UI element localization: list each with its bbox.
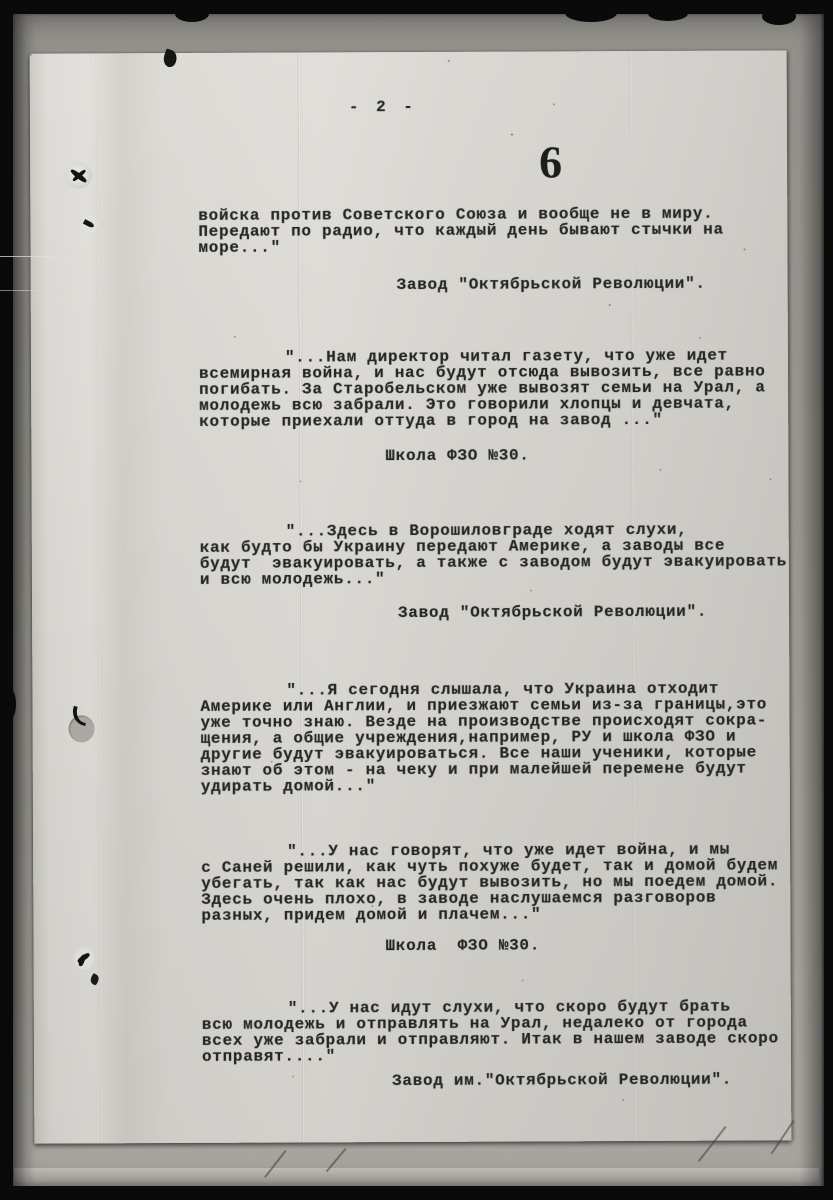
photo-frame-border [0, 0, 13, 1200]
photo-frame-border [0, 0, 833, 14]
frame-blemish [175, 6, 209, 22]
dust-speckles [30, 54, 32, 56]
section-number: 6 [539, 139, 562, 185]
punch-hole [80, 215, 98, 233]
scanned-document: - 2 - 6 войска против Советского Союза и… [0, 0, 833, 1200]
attribution-line: Завод "Октябрьской Революции". [398, 604, 707, 621]
attribution-line: Школа ФЗО №30. [385, 937, 540, 954]
frame-blemish [2, 688, 16, 720]
page-number: - 2 - [349, 99, 417, 115]
frame-blemish [565, 4, 617, 22]
frame-blemish [762, 8, 796, 25]
paragraph: "...Я сегодня слышала, что Украина отход… [200, 680, 810, 795]
scratch-mark [0, 256, 78, 257]
frame-blemish [648, 6, 688, 21]
attribution-line: Завод им."Октябрьской Революции". [392, 1072, 732, 1089]
scratch-mark [0, 290, 60, 291]
photo-frame-border [824, 0, 833, 1200]
document-page: - 2 - 6 войска против Советского Союза и… [30, 50, 792, 1143]
punch-hole [65, 162, 92, 188]
paragraph: "...У нас говорят, что уже идет война, и… [201, 841, 811, 924]
paragraph: "...Здесь в Ворошиловграде ходят слухи, … [200, 521, 810, 588]
paper-tear [89, 973, 101, 986]
punch-hole [69, 715, 95, 742]
backing-light-band [14, 1168, 819, 1182]
punch-hole [74, 947, 95, 969]
paragraph: "...У нас идут слухи, что скоро будут бр… [202, 998, 812, 1065]
paragraph: войска против Советского Союза и вообще … [198, 205, 808, 256]
attribution-line: Завод "Октябрьской Революции". [397, 276, 706, 293]
attribution-line: Школа ФЗО №30. [385, 447, 529, 464]
photo-frame-border [0, 1186, 833, 1200]
paragraph: "...Нам директор читал газету, что уже и… [199, 347, 809, 430]
